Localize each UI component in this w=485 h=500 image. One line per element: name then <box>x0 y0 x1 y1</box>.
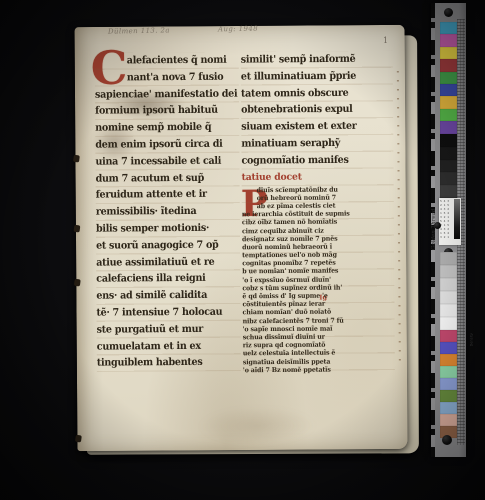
commentary-lines: diuĩs scĩemptatõnibz duorũ hebreorũ nomi… <box>242 186 395 375</box>
manuscript-line: bilis semper motionis· <box>96 220 240 239</box>
manuscript-line: uina 7 incessabile et cali <box>95 153 239 172</box>
gray-patch <box>440 278 457 291</box>
manuscript-line: tinguiblem habentes <box>97 354 241 373</box>
text-column-left: alefacientes q̃ nominant'a nova 7 fusios… <box>95 52 241 372</box>
rubric-line: tatiue docet <box>242 169 394 185</box>
binding-stitch <box>73 225 80 233</box>
prick-marks <box>397 71 401 363</box>
gray-patch <box>440 317 457 330</box>
gray-ramp-dark <box>440 134 457 198</box>
color-patch <box>440 121 457 133</box>
binding-stitch <box>75 435 82 443</box>
color-patch <box>440 354 457 366</box>
pencil-annotation-left: Dülmen 113. 2a <box>108 26 170 35</box>
color-patch <box>440 414 457 426</box>
manuscript-line: dem enim ipsorũ circa di <box>95 136 239 155</box>
color-patch <box>440 402 457 414</box>
color-patches-bottom <box>440 330 457 438</box>
brand-script-label: Golden Thread <box>431 209 437 250</box>
color-patch <box>440 84 457 96</box>
manuscript-line: et suorũ anagogice 7 op̃ <box>96 237 240 256</box>
manuscript-line: similit' semp̃ inaformẽ <box>241 51 393 70</box>
color-patch <box>440 59 457 71</box>
binding-stitch <box>74 279 81 287</box>
resolution-digits: 5 4 3 2 1 5 4 3 2 1 5 4 3 2 1 5 4 3 2 1 … <box>440 199 453 239</box>
color-patch <box>440 72 457 84</box>
density-side-label: Density <box>469 333 473 346</box>
commentary-line: 'o aĩdi 7 Bz nomẽ ppetatĩs <box>243 366 395 376</box>
color-patch <box>440 96 457 108</box>
color-patch <box>440 366 457 378</box>
color-patch <box>440 330 457 342</box>
density-wedge <box>454 199 460 239</box>
gray-patch <box>440 185 457 198</box>
gray-patch <box>440 147 457 160</box>
color-patch <box>440 378 457 390</box>
parchment-stain <box>197 405 317 446</box>
color-patch <box>440 22 457 34</box>
color-patch <box>440 342 457 354</box>
manuscript-line: alefacientes q̃ nomi <box>95 52 239 71</box>
manuscript-line: et illuminatiuam p̃prie <box>241 68 393 87</box>
binding-stitch <box>73 155 80 163</box>
right-column-upper-lines: similit' semp̃ inaformẽet illuminatiuam … <box>241 51 394 170</box>
gray-patch <box>440 134 457 147</box>
gray-patch <box>440 291 457 304</box>
registration-dot-bottom <box>442 435 452 445</box>
photo-background: C P Ig alefacientes q̃ nominant'a nova 7… <box>0 0 485 500</box>
commentary-block: diuĩs scĩemptatõnibz duorũ hebreorũ nomi… <box>242 186 395 375</box>
manuscript-line: minatiuam seraphỹ <box>241 135 393 154</box>
gray-patch <box>440 252 457 265</box>
gray-patch <box>440 265 457 278</box>
left-column-lines: alefacientes q̃ nominant'a nova 7 fusios… <box>95 52 241 372</box>
manuscript-page: C P Ig alefacientes q̃ nominant'a nova 7… <box>75 25 408 451</box>
resolution-target: 5 4 3 2 1 5 4 3 2 1 5 4 3 2 1 5 4 3 2 1 … <box>439 198 461 245</box>
color-patch <box>440 390 457 402</box>
gray-patch <box>440 160 457 173</box>
pencil-annotation-right: Aug: 1948 <box>218 25 258 34</box>
manuscript-line: ste purgatiuũ et mur <box>97 321 241 340</box>
gray-ramp-light <box>440 252 457 330</box>
manuscript-line: tẽ· 7 intensiue 7 holocau <box>96 304 240 323</box>
registration-dot-top <box>444 8 453 17</box>
color-calibration-target: 5 4 3 2 1 5 4 3 2 1 5 4 3 2 1 5 4 3 2 1 … <box>431 3 466 457</box>
color-patch <box>440 34 457 46</box>
gray-patch <box>440 172 457 185</box>
manuscript-line: ens· ad similẽ calidita <box>96 287 240 306</box>
gray-patch <box>440 304 457 317</box>
text-column-right: similit' semp̃ inaformẽet illuminatiuam … <box>241 51 395 375</box>
color-patches-top <box>440 22 457 134</box>
folio-number: 1 <box>383 36 389 45</box>
manuscript-line: nant'a nova 7 fusio <box>95 69 239 88</box>
manuscript-line: cognomĩatio manifes <box>241 152 393 171</box>
color-patch <box>440 47 457 59</box>
color-patch <box>440 109 457 121</box>
